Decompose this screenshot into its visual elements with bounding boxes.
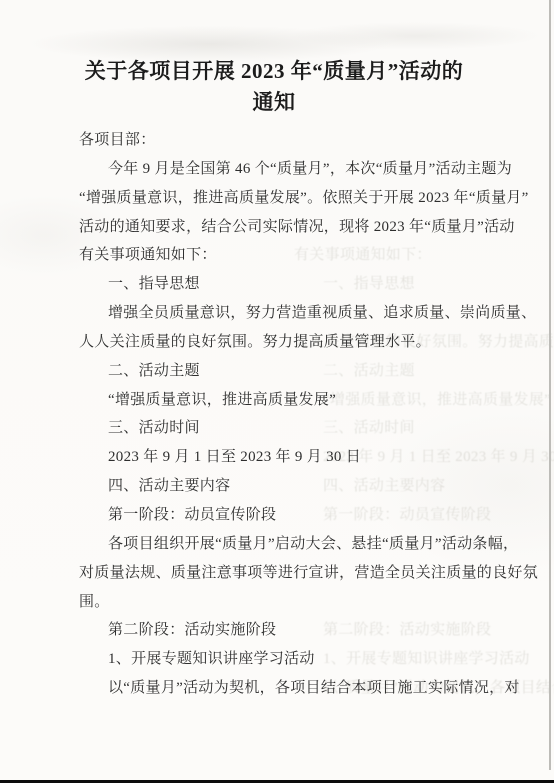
body-line: 二、活动主题 [79, 357, 479, 386]
body-line: 人人关注质量的良好氛围。努力提高质量管理水平。 [79, 328, 479, 357]
body-line: “增强质量意识，推进高质量发展”。依照关于开展 2023 年“质量月” [79, 184, 479, 213]
body-line: 第一阶段：动员宣传阶段 [79, 501, 479, 530]
body-line: 今年 9 月是全国第 46 个“质量月”，本次“质量月”活动主题为 [79, 155, 479, 184]
body-line: 以“质量月”活动为契机，各项目结合本项目施工实际情况，对 [79, 674, 479, 703]
body-line: 第二阶段：活动实施阶段 [79, 616, 479, 645]
body-line: 三、活动时间 [79, 414, 479, 443]
body-line: 各项目部： [79, 126, 479, 155]
body-line: 围。 [79, 588, 479, 617]
notice-title: 关于各项目开展 2023 年“质量月”活动的 通知 [0, 56, 548, 118]
body-line: “增强质量意识，推进高质量发展” [79, 386, 479, 415]
body-line: 一、指导思想 [79, 270, 479, 299]
scanned-notice-page: 各项目部：今年 9 月是全国第 46 个“质量月”，本次“质量月”活动主题为“增… [0, 0, 554, 783]
body-line: 1、开展专题知识讲座学习活动 [79, 645, 479, 674]
notice-body: 各项目部：今年 9 月是全国第 46 个“质量月”，本次“质量月”活动主题为“增… [79, 126, 479, 703]
body-line: 有关事项通知如下： [79, 241, 479, 270]
body-line: 活动的通知要求，结合公司实际情况，现将 2023 年“质量月”活动 [79, 213, 479, 242]
notice-title-line-1: 关于各项目开展 2023 年“质量月”活动的 [0, 56, 548, 87]
body-line: 2023 年 9 月 1 日至 2023 年 9 月 30 日 [79, 443, 479, 472]
notice-title-line-2: 通知 [0, 87, 548, 118]
body-line: 四、活动主要内容 [79, 472, 479, 501]
body-line: 增强全员质量意识，努力营造重视质量、追求质量、崇尚质量、 [79, 299, 479, 328]
body-line: 对质量法规、质量注意事项等进行宣讲，营造全员关注质量的良好氛 [79, 559, 479, 588]
scan-right-edge-line [549, 0, 551, 770]
body-line: 各项目组织开展“质量月”启动大会、悬挂“质量月”活动条幅， [79, 530, 479, 559]
